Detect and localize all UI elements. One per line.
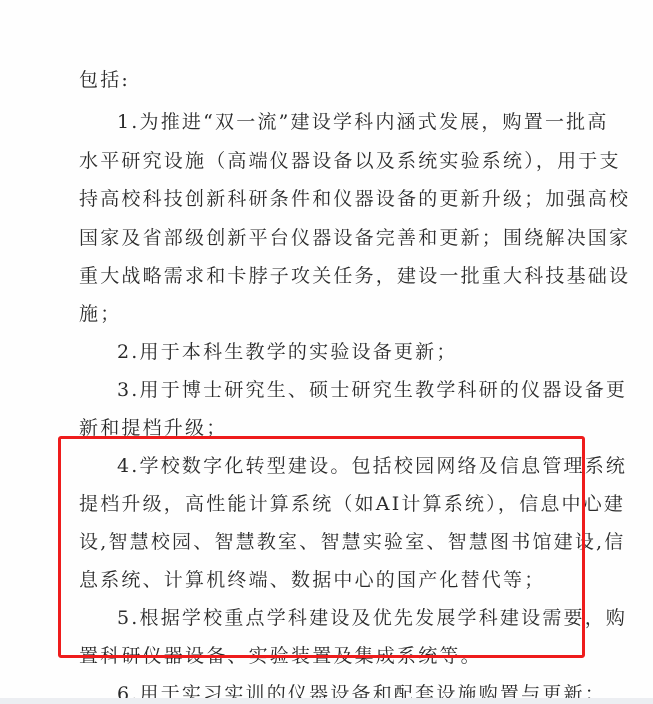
red-highlight-box <box>58 436 585 658</box>
item-1-line-3: 持高校科技创新科研条件和仪器设备的更新升级；加强高校 <box>79 187 630 211</box>
item-1-line-4: 国家及省部级创新平台仪器设备完善和更新；围绕解决国家 <box>79 226 630 250</box>
bottom-strip <box>0 698 653 704</box>
item-1-line-5: 重大战略需求和卡脖子攻关任务，建设一批重大科技基础设 <box>79 264 630 288</box>
item-1-line-2: 水平研究设施（高端仪器设备以及系统实验系统），用于支 <box>79 149 621 173</box>
item-1-line-6: 施； <box>79 302 121 326</box>
item-1-line-1: 1.为推进“双一流”建设学科内涵式发展，购置一批高 <box>117 110 609 134</box>
item-2-line-1: 2.用于本科生教学的实验设备更新； <box>117 340 458 364</box>
intro-label: 包括: <box>79 68 130 92</box>
item-3-line-1: 3.用于博士研究生、硕士研究生教学科研的仪器设备更 <box>117 378 627 402</box>
document-page: 包括: 1.为推进“双一流”建设学科内涵式发展，购置一批高 水平研究设施（高端仪… <box>0 0 653 698</box>
